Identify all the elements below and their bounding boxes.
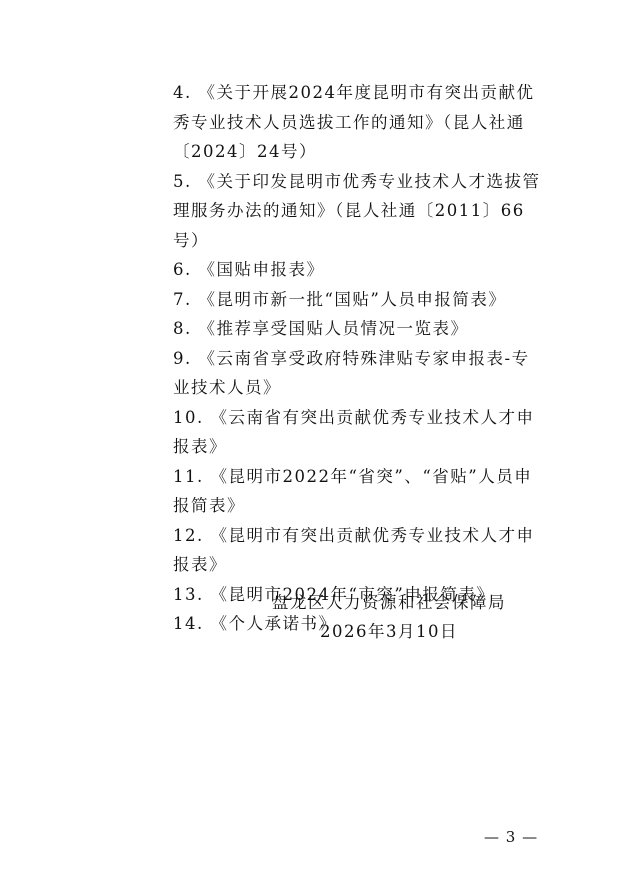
page-number: — 3 — [484, 828, 538, 846]
attachment-item: 7. 《昆明市新一批“国贴”人员申报简表》 [173, 285, 543, 315]
item-text: 《昆明市新一批“国贴”人员申报简表》 [199, 290, 507, 309]
item-number: 9. [173, 349, 192, 368]
item-text: 《昆明市2022年“省突”、“省贴”人员申报简表》 [173, 467, 532, 516]
item-number: 4. [173, 83, 192, 102]
attachment-list: 4. 《关于开展2024年度昆明市有突出贡献优秀专业技术人员选拔工作的通知》（昆… [173, 78, 543, 639]
issue-date: 2026年3月10日 [270, 617, 508, 646]
item-number: 11. [173, 467, 204, 486]
attachment-item: 5. 《关于印发昆明市优秀专业技术人才选拔管理服务办法的通知》（昆人社通〔201… [173, 167, 543, 256]
item-number: 7. [173, 290, 192, 309]
item-text: 《关于开展2024年度昆明市有突出贡献优秀专业技术人员选拔工作的通知》（昆人社通… [173, 83, 535, 161]
attachment-item: 10. 《云南省有突出贡献优秀专业技术人才申报表》 [173, 403, 543, 462]
issuing-organization: 盘龙区人力资源和社会保障局 [270, 588, 508, 617]
item-number: 13. [173, 585, 204, 604]
attachment-item: 6. 《国贴申报表》 [173, 255, 543, 285]
item-number: 14. [173, 614, 204, 633]
item-number: 8. [173, 319, 192, 338]
item-text: 《昆明市有突出贡献优秀专业技术人才申报表》 [173, 526, 535, 575]
item-text: 《云南省有突出贡献优秀专业技术人才申报表》 [173, 408, 535, 457]
item-number: 12. [173, 526, 204, 545]
item-text: 《云南省享受政府特殊津贴专家申报表-专业技术人员》 [173, 349, 530, 398]
attachment-item: 9. 《云南省享受政府特殊津贴专家申报表-专业技术人员》 [173, 344, 543, 403]
attachment-item: 12. 《昆明市有突出贡献优秀专业技术人才申报表》 [173, 521, 543, 580]
item-number: 6. [173, 260, 192, 279]
item-text: 《推荐享受国贴人员情况一览表》 [199, 319, 469, 338]
attachment-item: 4. 《关于开展2024年度昆明市有突出贡献优秀专业技术人员选拔工作的通知》（昆… [173, 78, 543, 167]
attachment-item: 11. 《昆明市2022年“省突”、“省贴”人员申报简表》 [173, 462, 543, 521]
attachment-item: 8. 《推荐享受国贴人员情况一览表》 [173, 314, 543, 344]
signature-block: 盘龙区人力资源和社会保障局 2026年3月10日 [270, 588, 508, 646]
item-text: 《关于印发昆明市优秀专业技术人才选拔管理服务办法的通知》（昆人社通〔2011〕6… [173, 172, 541, 250]
item-number: 5. [173, 172, 192, 191]
document-page: 4. 《关于开展2024年度昆明市有突出贡献优秀专业技术人员选拔工作的通知》（昆… [0, 0, 626, 875]
item-text: 《国贴申报表》 [199, 260, 325, 279]
item-number: 10. [173, 408, 204, 427]
